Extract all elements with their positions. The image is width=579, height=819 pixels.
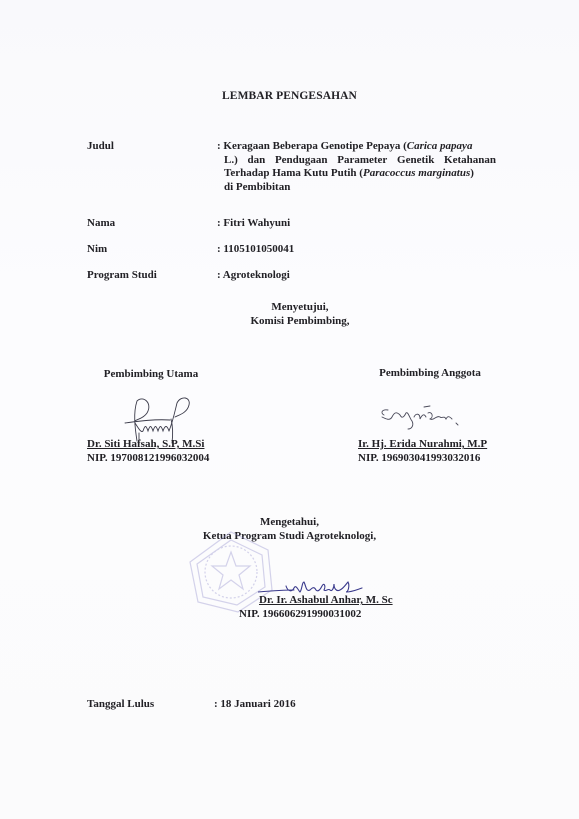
nama-label: Nama bbox=[87, 217, 115, 229]
document-page: LEMBAR PENGESAHAN Judul : Keragaan Beber… bbox=[0, 0, 579, 819]
nim-label: Nim bbox=[87, 243, 107, 255]
judul-line-2: L.)danPendugaanParameterGenetikKetahanan bbox=[217, 154, 496, 168]
member-supervisor-nip: NIP. 196903041993032016 bbox=[358, 452, 480, 464]
acknowledgement-line-1: Mengetahui, bbox=[0, 516, 579, 530]
judul-line-3-text: Terhadap Hama Kutu Putih ( bbox=[224, 167, 363, 179]
judul-line-2-word: Pendugaan bbox=[275, 154, 328, 168]
judul-line-2-word: Genetik bbox=[397, 154, 434, 168]
approval-line-1: Menyetujui, bbox=[0, 301, 579, 315]
judul-line-2-word: Ketahanan bbox=[444, 154, 496, 168]
approval-heading: Menyetujui, Komisi Pembimbing, bbox=[0, 301, 579, 328]
judul-line-1-text: Keragaan Beberapa Genotipe Pepaya ( bbox=[223, 140, 406, 152]
judul-line-2-word: L.) bbox=[224, 154, 238, 168]
approval-line-2: Komisi Pembimbing, bbox=[0, 315, 579, 329]
member-supervisor-signature bbox=[378, 403, 468, 433]
signature-icon bbox=[378, 403, 468, 433]
member-supervisor-role: Pembimbing Anggota bbox=[365, 367, 495, 381]
head-name: Dr. Ir. Ashabul Anhar, M. Sc bbox=[259, 594, 393, 606]
main-supervisor-role: Pembimbing Utama bbox=[93, 368, 209, 382]
judul-line-1-italic: Carica papaya bbox=[407, 140, 473, 152]
judul-colon: : bbox=[217, 140, 221, 152]
graduation-label: Tanggal Lulus bbox=[87, 698, 154, 710]
judul-line-1: : Keragaan Beberapa Genotipe Pepaya (Car… bbox=[217, 140, 496, 154]
judul-line-2-word: Parameter bbox=[337, 154, 387, 168]
head-nip: NIP. 196606291990031002 bbox=[239, 608, 361, 620]
judul-line-4: di Pembibitan bbox=[217, 181, 496, 195]
main-supervisor-name: Dr. Siti Hafsah, S.P, M.Si bbox=[87, 438, 204, 450]
page-title: LEMBAR PENGESAHAN bbox=[0, 90, 579, 102]
judul-label: Judul bbox=[87, 140, 114, 152]
nama-value: : Fitri Wahyuni bbox=[217, 217, 290, 229]
judul-line-3: Terhadap Hama Kutu Putih (Paracoccus mar… bbox=[217, 167, 496, 181]
member-supervisor-name: Ir. Hj. Erida Nurahmi, M.P bbox=[358, 438, 487, 450]
acknowledgement-line-2: Ketua Program Studi Agroteknologi, bbox=[0, 530, 579, 544]
graduation-value: : 18 Januari 2016 bbox=[214, 698, 296, 710]
program-studi-label: Program Studi bbox=[87, 269, 157, 281]
judul-line-3-italic: Paracoccus marginatus bbox=[363, 167, 470, 179]
judul-value: : Keragaan Beberapa Genotipe Pepaya (Car… bbox=[217, 140, 496, 194]
acknowledgement-heading: Mengetahui, Ketua Program Studi Agrotekn… bbox=[0, 516, 579, 543]
program-studi-value: : Agroteknologi bbox=[217, 269, 290, 281]
judul-line-3-suffix: ) bbox=[470, 167, 474, 179]
main-supervisor-nip: NIP. 197008121996032004 bbox=[87, 452, 209, 464]
judul-line-2-word: dan bbox=[247, 154, 265, 168]
nim-value: : 1105101050041 bbox=[217, 243, 294, 255]
